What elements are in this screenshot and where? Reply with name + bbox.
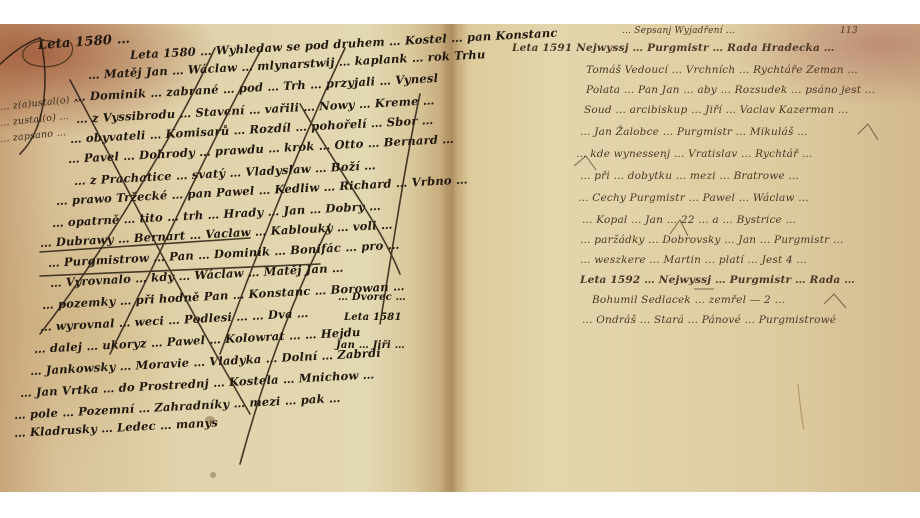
ink-blot (210, 472, 216, 478)
manuscript-photo: Leta 1580 … … z(a)ustal(o) … … zustal(o)… (0, 24, 920, 492)
right-page: … Sepsanj Wyjadření … 113 Leta 1591 Nejw… (462, 24, 920, 492)
marginal-marks (462, 24, 920, 492)
left-page: Leta 1580 … … z(a)ustal(o) … … zustal(o)… (0, 24, 452, 492)
ink-blot (205, 416, 215, 424)
crossout-strokes (0, 24, 452, 492)
